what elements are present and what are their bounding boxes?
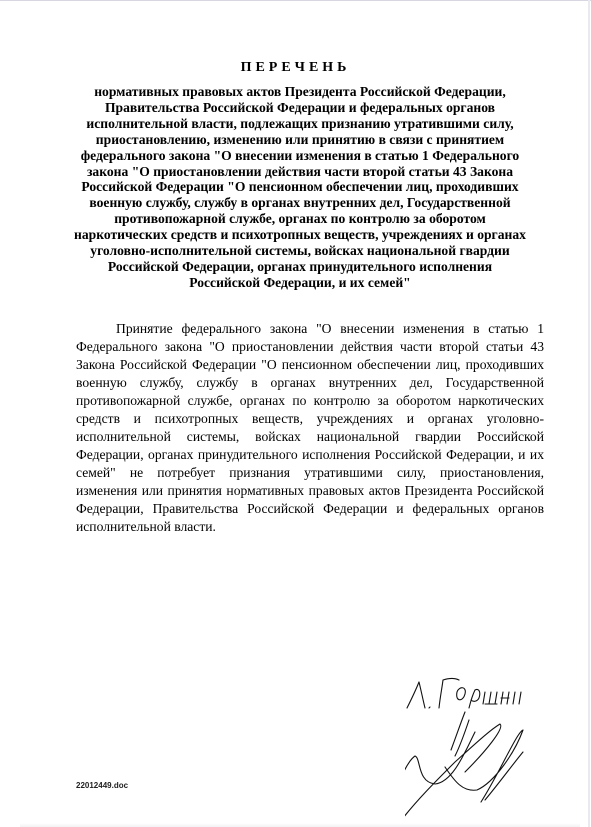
body-line: противопожарной службе, органах по контр… — [76, 392, 544, 410]
heading-line: Российской Федерации, органах принудител… — [70, 259, 530, 275]
body-line: военную службу, службу в органах внутрен… — [76, 374, 544, 392]
body-line: Закона Российской Федерации "О пенсионно… — [76, 356, 544, 374]
body-line: исполнительной власти. — [76, 518, 544, 536]
document-page: ПЕРЕЧЕНЬ нормативных правовых актов През… — [0, 0, 591, 827]
heading-line: приостановлению, изменению или принятию … — [70, 132, 530, 148]
heading-line: противопожарной службе, органах по контр… — [70, 211, 530, 227]
body-line: Федерации, органах принудительного испол… — [76, 446, 544, 464]
heading-line: наркотических средств и психотропных вещ… — [70, 227, 530, 243]
body-line: Федерального закона "О приостановлении д… — [76, 338, 544, 356]
heading-line: уголовно-исполнительной системы, войсках… — [70, 243, 530, 259]
heading-line: федерального закона "О внесении изменени… — [70, 148, 530, 164]
heading-line: исполнительной власти, подлежащих призна… — [70, 116, 530, 132]
document-body-paragraph: Принятие федерального закона "О внесении… — [76, 320, 544, 536]
handwritten-signature — [405, 672, 575, 827]
footer-filename: 22012449.doc — [76, 781, 128, 790]
document-heading: нормативных правовых актов Президента Ро… — [70, 84, 530, 291]
heading-line: Правительства Российской Федерации и фед… — [70, 100, 530, 116]
heading-line: военную службу, службу в органах внутрен… — [70, 195, 530, 211]
document-title: ПЕРЕЧЕНЬ — [0, 60, 591, 76]
body-line: Принятие федерального закона "О внесении… — [76, 320, 544, 338]
heading-line: Российской Федерации "О пенсионном обесп… — [70, 179, 530, 195]
body-line: Федерации, Правительства Российской Феде… — [76, 500, 544, 518]
body-line: средств и психотропных веществ, учрежден… — [76, 410, 544, 428]
heading-line: закона "О приостановлении действия части… — [70, 164, 530, 180]
body-line: исполнительной системы, войсках национал… — [76, 428, 544, 446]
heading-line: нормативных правовых актов Президента Ро… — [70, 84, 530, 100]
body-line: семей" не потребует признания утратившим… — [76, 464, 544, 482]
heading-line: Российской Федерации, и их семей" — [70, 275, 530, 291]
body-line: изменения или принятия нормативных право… — [76, 482, 544, 500]
